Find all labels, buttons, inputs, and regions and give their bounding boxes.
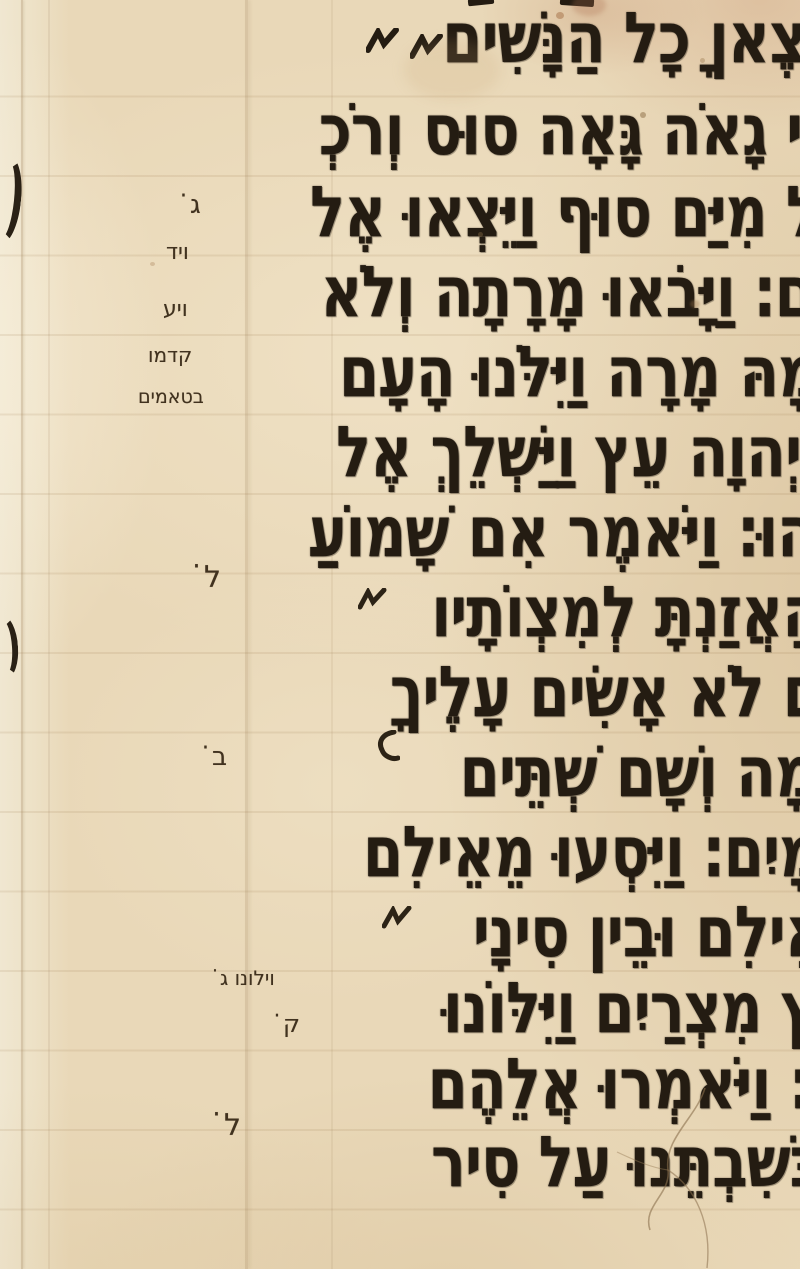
masorah-note: ויד bbox=[166, 240, 189, 265]
parchment-fold-left bbox=[21, 0, 23, 1269]
masorah-note: ויע bbox=[163, 297, 188, 322]
masorah-note: ק̇ bbox=[283, 1010, 300, 1038]
zigzag-mark bbox=[366, 28, 400, 58]
text-line: ם לֹא אָשִׂים עָלֶיךָ bbox=[390, 656, 800, 727]
text-line: צֶאןָ כָל הַנָּשִׁים bbox=[442, 2, 800, 73]
text-line: כִּי גָאֹה גָּאָה סוּס וְרֹכְ bbox=[319, 94, 800, 165]
masorah-note: ג̇ bbox=[190, 190, 201, 220]
text-line: ל מִיַּם סוּף וַיֵּצְאוּ אֶל bbox=[310, 176, 800, 247]
masorah-note: קדמו bbox=[148, 343, 192, 367]
clipped-ink-fragment bbox=[0, 615, 20, 679]
text-line: ץ מִצְרַיִם וַיִּלּוֹנוּ bbox=[443, 972, 800, 1043]
masorah-note: ל̇ bbox=[224, 1108, 241, 1143]
manuscript-page: צֶאןָ כָל הַנָּשִׁים כִּי גָאֹה גָּאָה ס… bbox=[0, 0, 800, 1269]
text-line: ר׃ וַיֹּאמְרוּ אֲלֵהֶם bbox=[428, 1048, 800, 1119]
text-line: מָה וְשָׁם שְׁתֵּים bbox=[459, 736, 800, 807]
text-line: הוּ יְהוָה עֵץ וַיַּשְׁלֵךְ אֶל bbox=[336, 416, 800, 487]
zigzag-mark bbox=[382, 906, 412, 934]
parchment-fold-faint bbox=[48, 0, 50, 1269]
masorah-note: וילונו ג̇ bbox=[220, 966, 275, 990]
masorah-note: ל̇ bbox=[204, 560, 221, 595]
text-line: שְׁמָהּ מָרָה וַיִּלֹּנוּ הָעָם bbox=[339, 336, 800, 407]
parchment-fold-center bbox=[245, 0, 248, 1269]
text-line: בְּשִׁבְתֵּנוּ עַל סִיר bbox=[431, 1126, 800, 1197]
zigzag-mark bbox=[358, 588, 388, 614]
zigzag-mark bbox=[374, 730, 400, 768]
zigzag-mark bbox=[410, 34, 444, 64]
text-line: הוּ׃ וַיֹּאמֶר אִם שָׁמוֹעַ bbox=[308, 496, 800, 567]
text-line: מָיִם׃ וַיִּסְעוּ מֵאֵילִם bbox=[363, 816, 800, 887]
text-line: אֵילִם וּבֵין סִינָי bbox=[473, 896, 800, 967]
speck bbox=[150, 262, 155, 266]
clipped-ink-fragment bbox=[0, 155, 26, 246]
masorah-note: בטאמים bbox=[138, 386, 204, 408]
text-line: וְהַאֲזַנְתָּ לְמִצְוֹתָיו bbox=[431, 576, 800, 647]
text-line: ם׃ וַיָּבֹאוּ מָרָתָה וְלֹא bbox=[320, 256, 800, 327]
masorah-note: ב̇ bbox=[212, 742, 227, 772]
